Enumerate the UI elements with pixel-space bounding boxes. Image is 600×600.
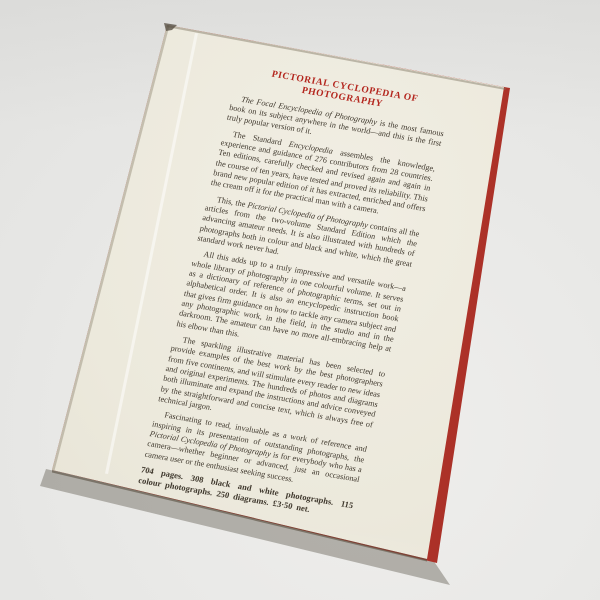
- photo-background: PICTORIAL CYCLOPEDIA OF PHOTOGRAPHY The …: [0, 0, 600, 600]
